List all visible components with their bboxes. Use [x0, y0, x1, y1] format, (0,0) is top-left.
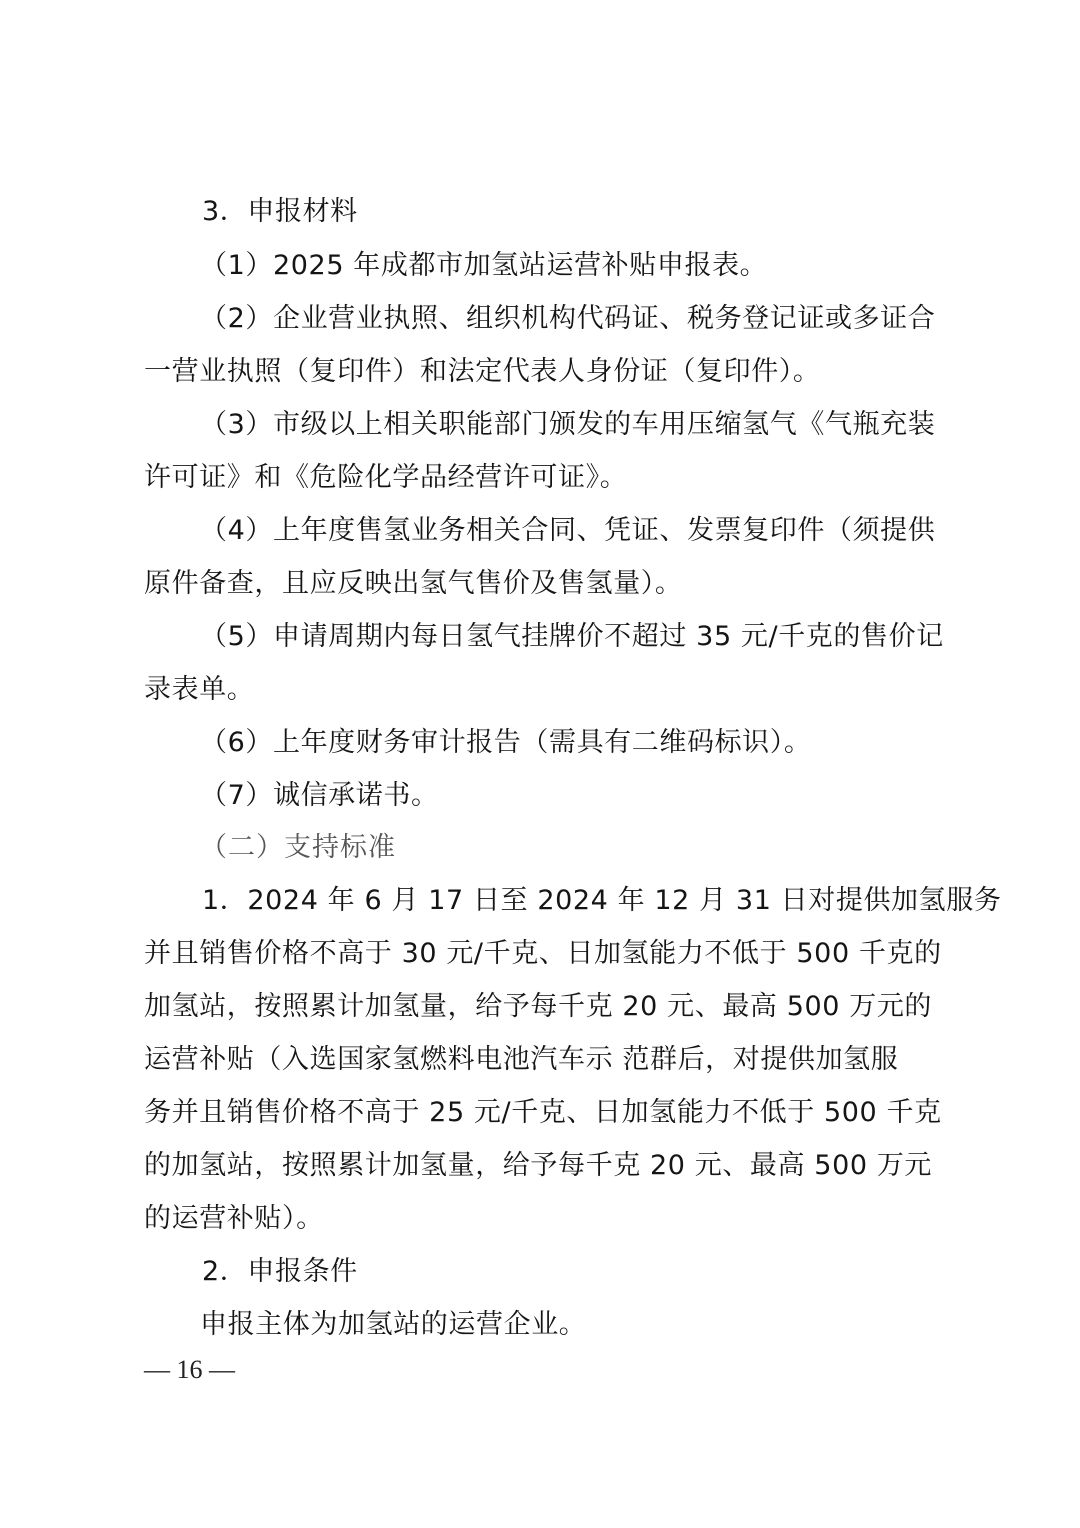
- support-paragraph-1-line-5: 务并且销售价格不高于 25 元/千克、日加氢能力不低于 500 千克: [144, 1095, 950, 1131]
- subheading-application-conditions: 2．申报条件: [202, 1254, 1008, 1290]
- material-item-3-line-2: 许可证》和《危险化学品经营许可证》。: [144, 460, 950, 496]
- material-item-4-line-2: 原件备查，且应反映出氢气售价及售氢量）。: [144, 566, 950, 602]
- material-item-6: （6）上年度财务审计报告（需具有二维码标识）。: [200, 725, 1006, 761]
- support-paragraph-1-line-4: 运营补贴（入选国家氢燃料电池汽车示 范群后，对提供加氢服: [144, 1042, 950, 1078]
- material-item-4-line-1: （4）上年度售氢业务相关合同、凭证、发票复印件（须提供: [200, 513, 1006, 549]
- support-paragraph-1-line-1: 1．2024 年 6 月 17 日至 2024 年 12 月 31 日对提供加氢…: [202, 883, 1008, 919]
- material-item-2-line-1: （2）企业营业执照、组织机构代码证、税务登记证或多证合: [200, 301, 1006, 337]
- page-number: — 16 —: [144, 1354, 235, 1386]
- support-paragraph-1-line-7: 的运营补贴）。: [144, 1201, 950, 1237]
- support-paragraph-1-line-6: 的加氢站，按照累计加氢量，给予每千克 20 元、最高 500 万元: [144, 1148, 950, 1184]
- section-heading-application-materials: 3．申报材料: [202, 194, 1008, 230]
- application-conditions-text: 申报主体为加氢站的运营企业。: [200, 1307, 1006, 1343]
- material-item-5-line-2: 录表单。: [144, 672, 950, 708]
- material-item-5-line-1: （5）申请周期内每日氢气挂牌价不超过 35 元/千克的售价记: [200, 619, 1006, 655]
- section-heading-support-standards: （二）支持标准: [200, 830, 1006, 866]
- material-item-3-line-1: （3）市级以上相关职能部门颁发的车用压缩氢气《气瓶充装: [200, 407, 1006, 443]
- support-paragraph-1-line-3: 加氢站，按照累计加氢量，给予每千克 20 元、最高 500 万元的: [144, 989, 950, 1025]
- material-item-1: （1）2025 年成都市加氢站运营补贴申报表。: [200, 248, 1006, 284]
- material-item-7: （7）诚信承诺书。: [200, 778, 1006, 814]
- support-paragraph-1-line-2: 并且销售价格不高于 30 元/千克、日加氢能力不低于 500 千克的: [144, 936, 950, 972]
- material-item-2-line-2: 一营业执照（复印件）和法定代表人身份证（复印件）。: [144, 354, 950, 390]
- document-page: 3．申报材料 （1）2025 年成都市加氢站运营补贴申报表。 （2）企业营业执照…: [0, 0, 1080, 1528]
